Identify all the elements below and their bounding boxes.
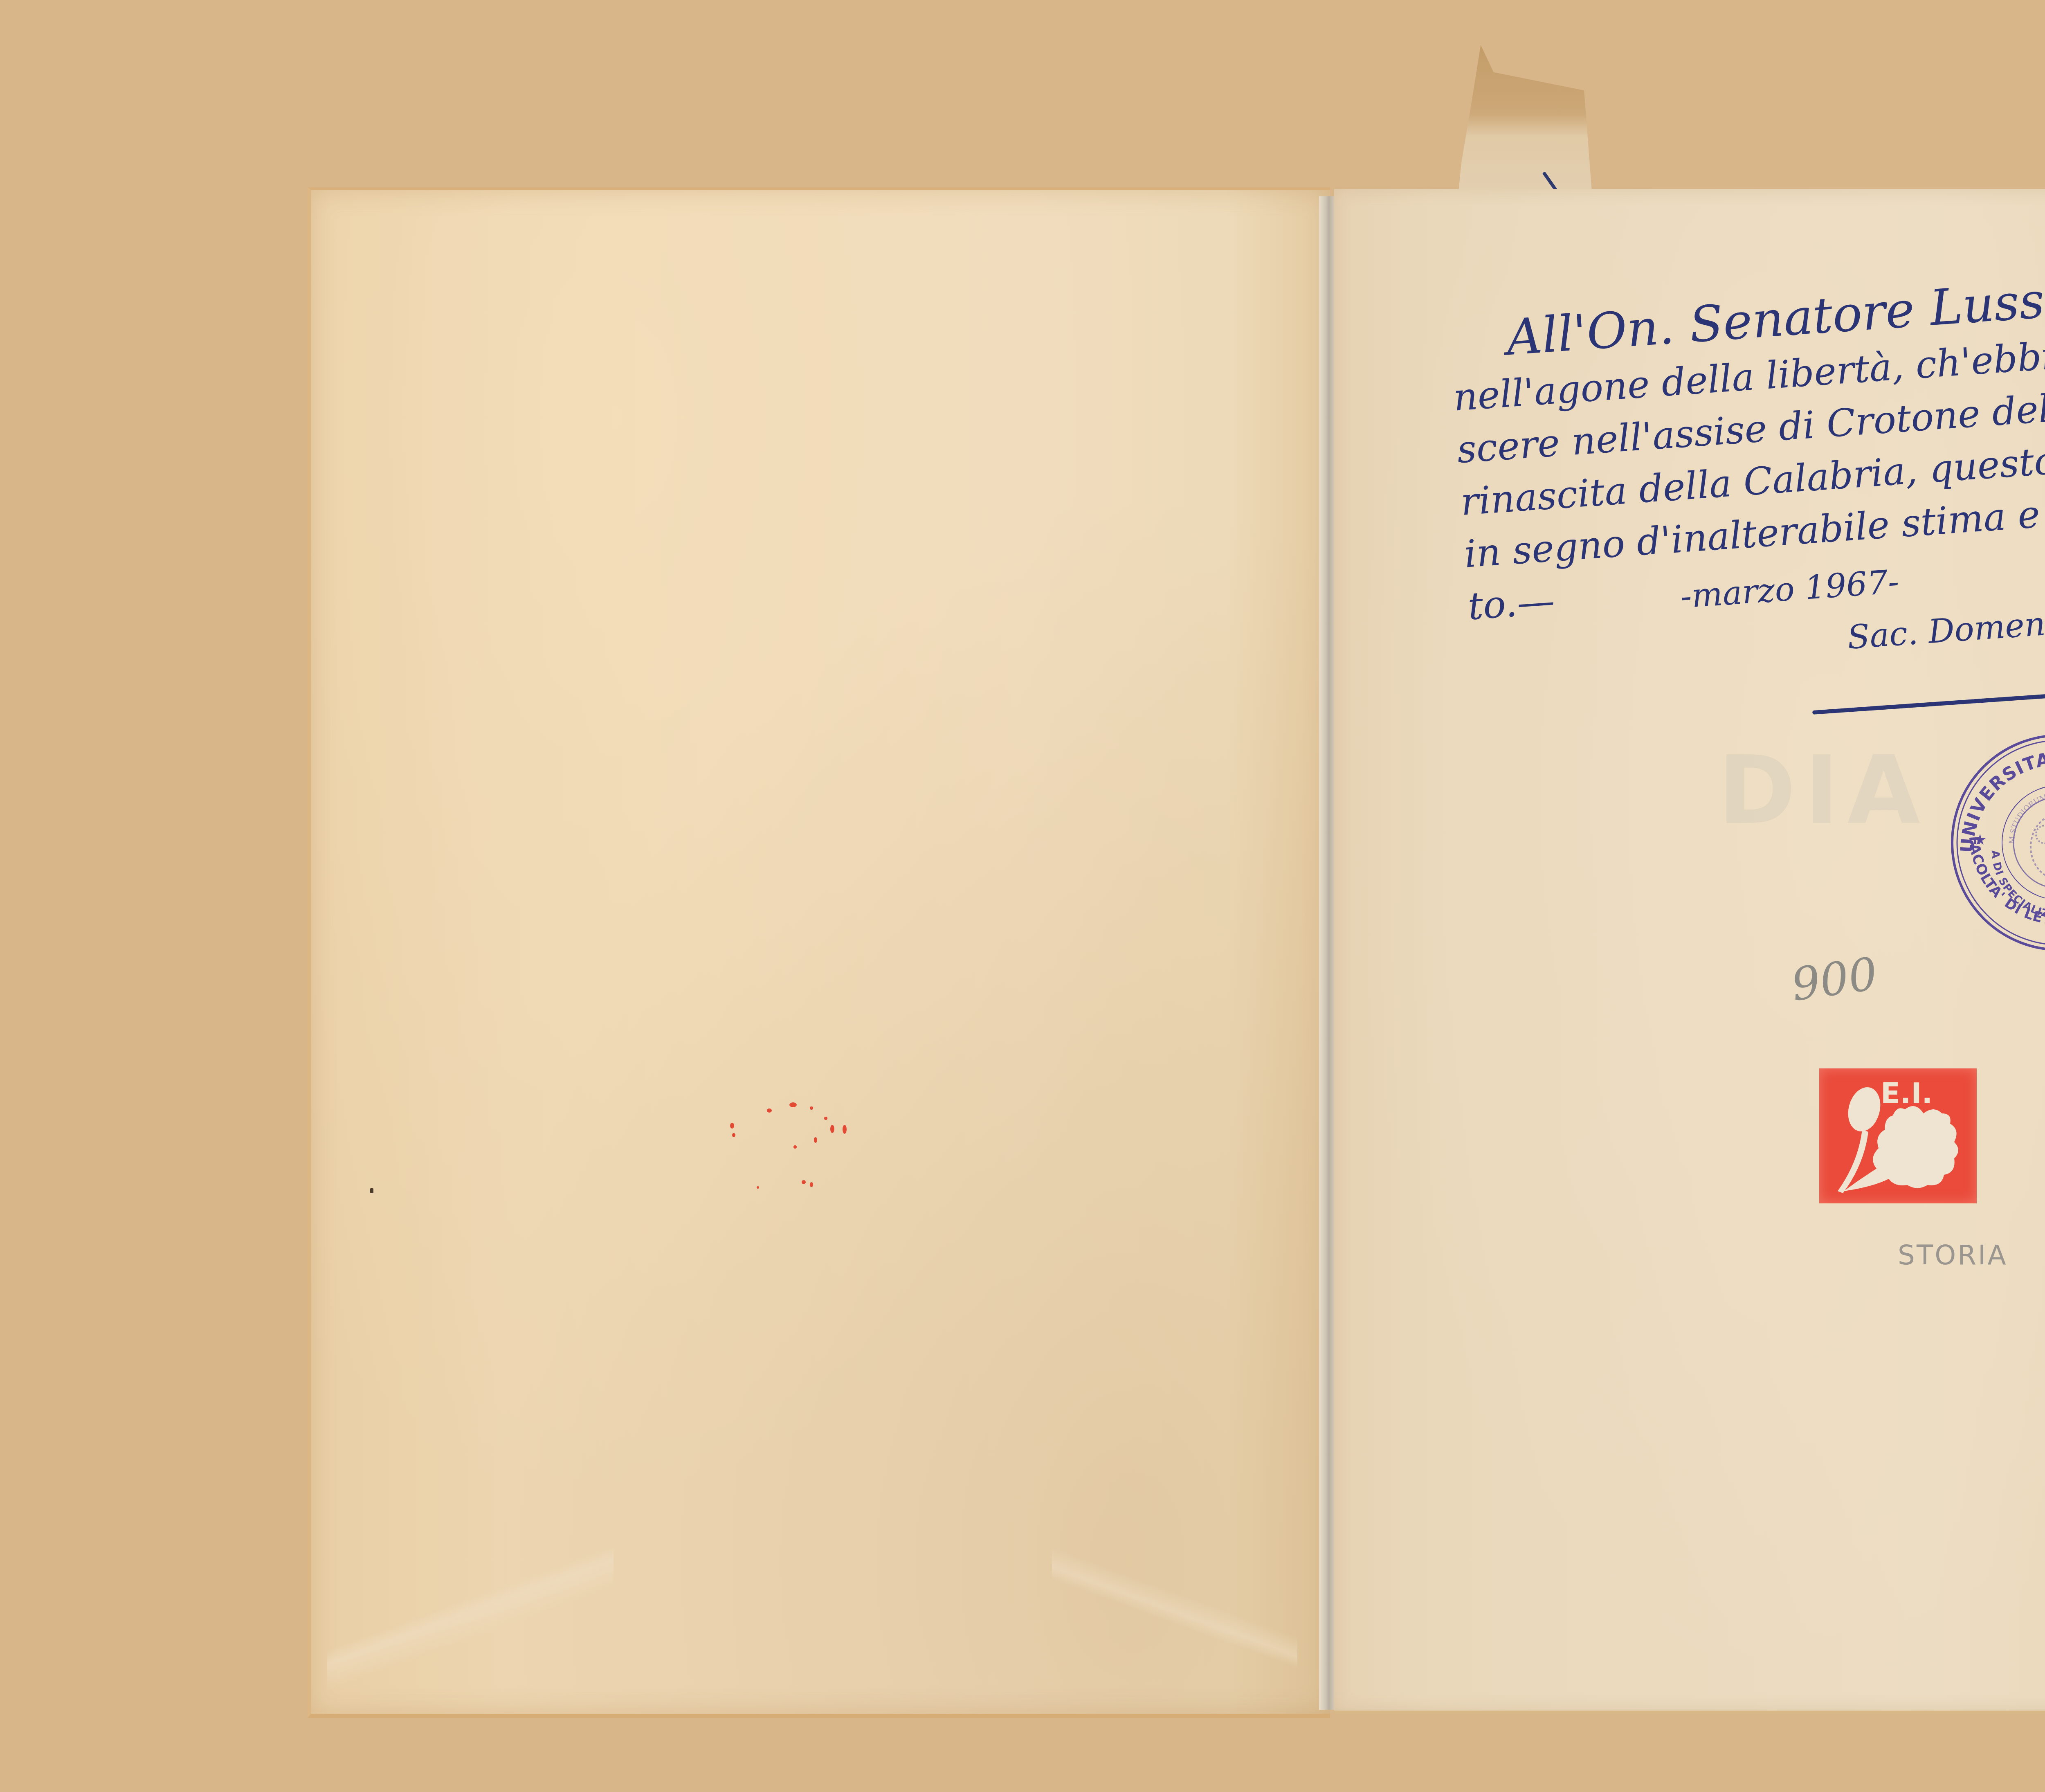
show-through-title: DIA bbox=[1718, 736, 1928, 845]
publisher-stamp: E.I. bbox=[1819, 1068, 1977, 1203]
open-book: DIA All'On. Senatore Lussu, tempra di ac… bbox=[0, 0, 2045, 1792]
svg-text:★: ★ bbox=[1973, 832, 1987, 848]
adhesive-tape-strip bbox=[1458, 45, 1620, 196]
book-spine-gutter bbox=[1319, 196, 1335, 1710]
handwritten-dedication: All'On. Senatore Lussu, tempra di acciai… bbox=[1431, 256, 2045, 701]
ink-speck bbox=[370, 1188, 373, 1193]
circular-seal-icon: UNIVERSITA' DI CAGLIARI FACOLTA' DI LETT… bbox=[1945, 728, 2045, 957]
page-crease bbox=[327, 1526, 613, 1698]
pencil-subject-note: STORIA bbox=[1898, 1239, 2008, 1271]
faded-red-stamp-offset bbox=[691, 1084, 863, 1219]
university-stamp: UNIVERSITA' DI CAGLIARI FACOLTA' DI LETT… bbox=[1945, 728, 2045, 957]
oak-leaf-acorn-icon bbox=[1819, 1068, 1977, 1203]
page-crease bbox=[1052, 1534, 1297, 1689]
left-endpaper-page bbox=[308, 187, 1330, 1718]
